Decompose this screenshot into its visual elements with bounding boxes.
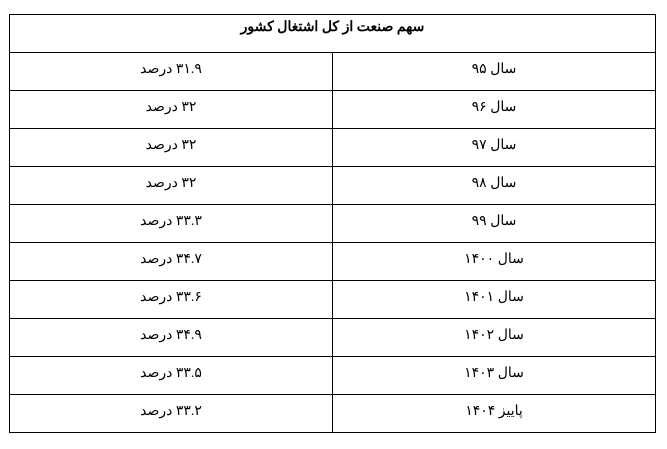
- share-cell: ۳۴.۹ درصد: [10, 319, 333, 357]
- share-cell: ۳۳.۲ درصد: [10, 395, 333, 433]
- period-cell: سال ۹۵: [333, 53, 656, 91]
- table-title-row: سهم صنعت از کل اشتغال کشور: [10, 15, 656, 53]
- table-row: سال ۹۵ ۳۱.۹ درصد: [10, 53, 656, 91]
- period-text: سال ۱۴۰۳: [464, 365, 524, 382]
- period-text: سال ۱۴۰۰: [464, 251, 524, 268]
- period-text: سال ۹۶: [472, 99, 517, 116]
- table-row: سال ۱۴۰۳ ۳۳.۵ درصد: [10, 357, 656, 395]
- period-cell: سال ۹۸: [333, 167, 656, 205]
- table-row: سال ۹۸ ۳۲ درصد: [10, 167, 656, 205]
- share-cell: ۳۳.۶ درصد: [10, 281, 333, 319]
- table-row: سال ۱۴۰۰ ۳۴.۷ درصد: [10, 243, 656, 281]
- period-cell: سال ۹۷: [333, 129, 656, 167]
- employment-share-table-container: سهم صنعت از کل اشتغال کشور سال ۹۵ ۳۱.۹ د…: [9, 14, 656, 439]
- table-row: سال ۱۴۰۱ ۳۳.۶ درصد: [10, 281, 656, 319]
- table-row: پاییز ۱۴۰۴ ۳۳.۲ درصد: [10, 395, 656, 433]
- table-title: سهم صنعت از کل اشتغال کشور: [10, 15, 656, 53]
- period-text: سال ۹۹: [472, 213, 517, 230]
- table-row: سال ۹۹ ۳۳.۳ درصد: [10, 205, 656, 243]
- share-text: ۳۳.۵ درصد: [140, 365, 202, 382]
- period-text: سال ۱۴۰۲: [464, 327, 524, 344]
- period-text: سال ۹۵: [472, 61, 517, 78]
- period-cell: سال ۱۴۰۱: [333, 281, 656, 319]
- share-text: ۳۳.۶ درصد: [140, 289, 202, 306]
- share-text: ۳۱.۹ درصد: [140, 61, 202, 78]
- share-text: ۳۴.۹ درصد: [140, 327, 202, 344]
- period-cell: سال ۱۴۰۰: [333, 243, 656, 281]
- table-title-text: سهم صنعت از کل اشتغال کشور: [241, 19, 425, 36]
- period-cell: سال ۱۴۰۳: [333, 357, 656, 395]
- period-text: سال ۱۴۰۱: [464, 289, 524, 306]
- share-cell: ۳۳.۳ درصد: [10, 205, 333, 243]
- share-cell: ۳۲ درصد: [10, 167, 333, 205]
- table-row: سال ۹۶ ۳۲ درصد: [10, 91, 656, 129]
- period-cell: سال ۹۹: [333, 205, 656, 243]
- table-row: سال ۹۷ ۳۲ درصد: [10, 129, 656, 167]
- period-cell: سال ۹۶: [333, 91, 656, 129]
- share-cell: ۳۳.۵ درصد: [10, 357, 333, 395]
- period-text: پاییز ۱۴۰۴: [465, 403, 523, 420]
- share-cell: ۳۱.۹ درصد: [10, 53, 333, 91]
- period-cell: پاییز ۱۴۰۴: [333, 395, 656, 433]
- share-text: ۳۲ درصد: [146, 175, 197, 192]
- period-cell: سال ۱۴۰۲: [333, 319, 656, 357]
- share-text: ۳۴.۷ درصد: [140, 251, 202, 268]
- table-row: سال ۱۴۰۲ ۳۴.۹ درصد: [10, 319, 656, 357]
- share-text: ۳۳.۳ درصد: [140, 213, 202, 230]
- share-text: ۳۲ درصد: [146, 137, 197, 154]
- share-cell: ۳۲ درصد: [10, 129, 333, 167]
- share-cell: ۳۲ درصد: [10, 91, 333, 129]
- share-cell: ۳۴.۷ درصد: [10, 243, 333, 281]
- employment-share-table: سهم صنعت از کل اشتغال کشور سال ۹۵ ۳۱.۹ د…: [9, 14, 656, 433]
- period-text: سال ۹۷: [472, 137, 517, 154]
- share-text: ۳۲ درصد: [146, 99, 197, 116]
- share-text: ۳۳.۲ درصد: [140, 403, 202, 420]
- period-text: سال ۹۸: [472, 175, 517, 192]
